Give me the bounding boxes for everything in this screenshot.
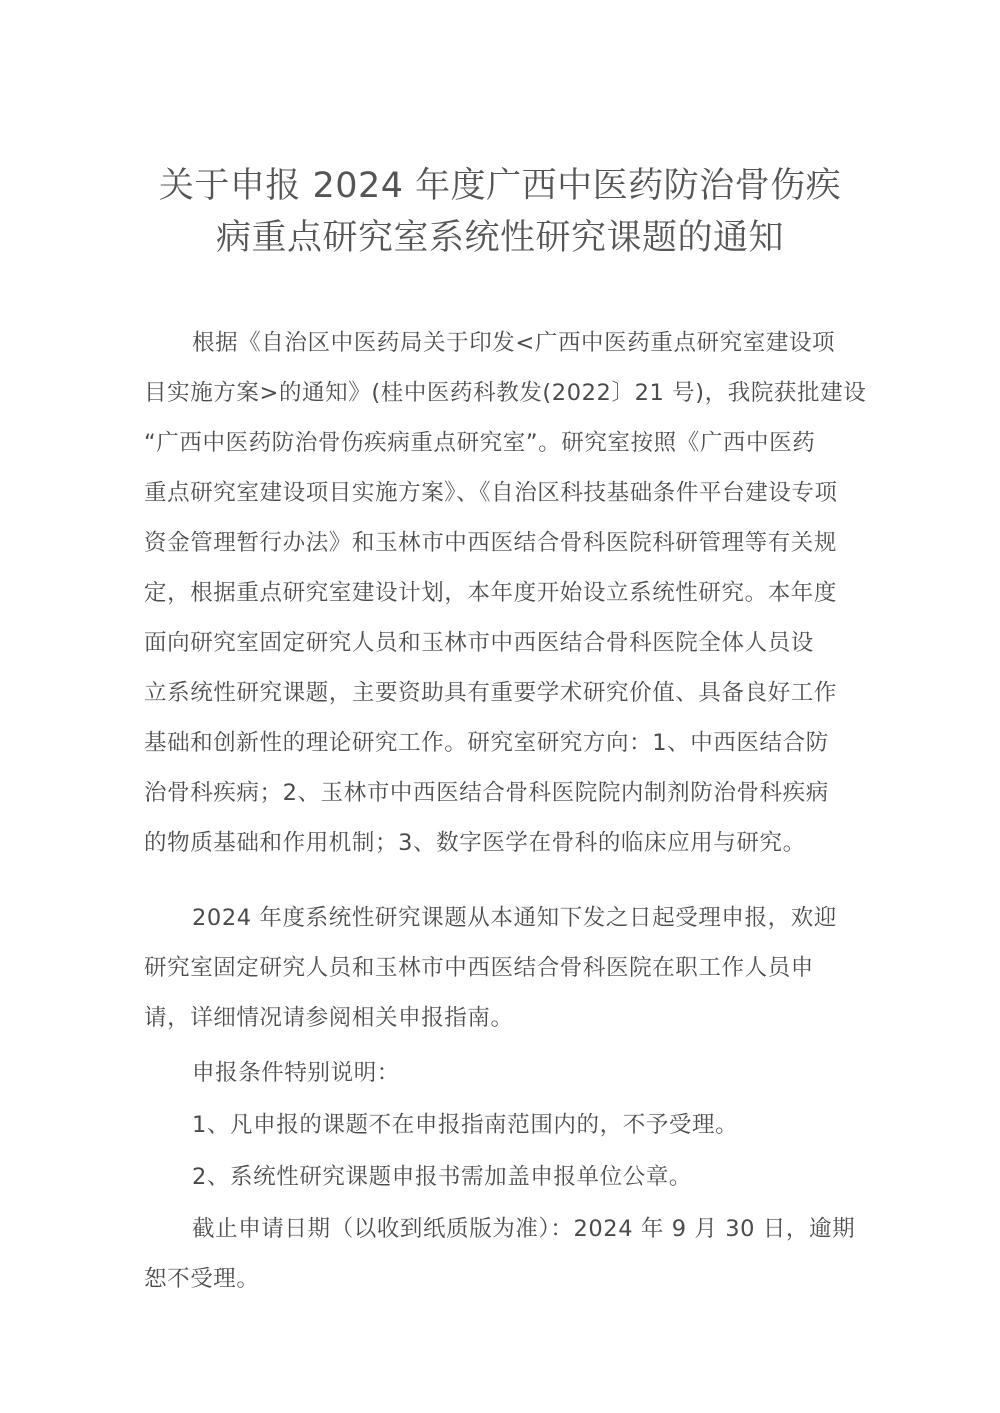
paragraph-line: 请，详细情况请参阅相关申报指南。 bbox=[144, 1003, 844, 1033]
paragraph-line: 2024 年度系统性研究课题从本通知下发之日起受理申报，欢迎 bbox=[192, 903, 844, 933]
paragraph-line: 重点研究室建设项目实施方案》、《自治区科技基础条件平台建设专项 bbox=[144, 478, 844, 508]
paragraph-line: 资金管理暂行办法》和玉林市中西医结合骨科医院科研管理等有关规 bbox=[144, 528, 844, 558]
paragraph-line: “广西中医药防治骨伤疾病重点研究室”。研究室按照《广西中医药 bbox=[144, 428, 844, 458]
document-title-line-2: 病重点研究室系统性研究课题的通知 bbox=[0, 210, 1000, 266]
paragraph-line: 目实施方案>的通知》(桂中医药科教发(2022〕21 号)，我院获批建设 bbox=[144, 378, 844, 408]
condition-item-2: 2、系统性研究课题申报书需加盖申报单位公章。 bbox=[192, 1162, 844, 1192]
conditions-heading: 申报条件特别说明： bbox=[192, 1058, 844, 1088]
condition-item-1: 1、凡申报的课题不在申报指南范围内的，不予受理。 bbox=[192, 1110, 844, 1140]
deadline-line: 截止申请日期（以收到纸质版为准）：2024 年 9 月 30 日，逾期 bbox=[192, 1214, 844, 1244]
paragraph-line: 基础和创新性的理论研究工作。研究室研究方向：1、中西医结合防 bbox=[144, 728, 844, 758]
paragraph-line: 定，根据重点研究室建设计划，本年度开始设立系统性研究。本年度 bbox=[144, 578, 844, 608]
paragraph-line: 的物质基础和作用机制；3、数字医学在骨科的临床应用与研究。 bbox=[144, 828, 844, 858]
document-page: 关于申报 2024 年度广西中医药防治骨伤疾 病重点研究室系统性研究课题的通知 … bbox=[0, 0, 1000, 1413]
paragraph-line: 面向研究室固定研究人员和玉林市中西医结合骨科医院全体人员设 bbox=[144, 628, 844, 658]
paragraph-line: 治骨科疾病；2、玉林市中西医结合骨科医院院内制剂防治骨科疾病 bbox=[144, 778, 844, 808]
paragraph-line: 根据《自治区中医药局关于印发<广西中医药重点研究室建设项 bbox=[192, 328, 844, 358]
paragraph-line: 研究室固定研究人员和玉林市中西医结合骨科医院在职工作人员申 bbox=[144, 953, 844, 983]
deadline-line: 恕不受理。 bbox=[144, 1264, 844, 1294]
paragraph-line: 立系统性研究课题，主要资助具有重要学术研究价值、具备良好工作 bbox=[144, 678, 844, 708]
document-title-line-1: 关于申报 2024 年度广西中医药防治骨伤疾 bbox=[0, 158, 1000, 214]
